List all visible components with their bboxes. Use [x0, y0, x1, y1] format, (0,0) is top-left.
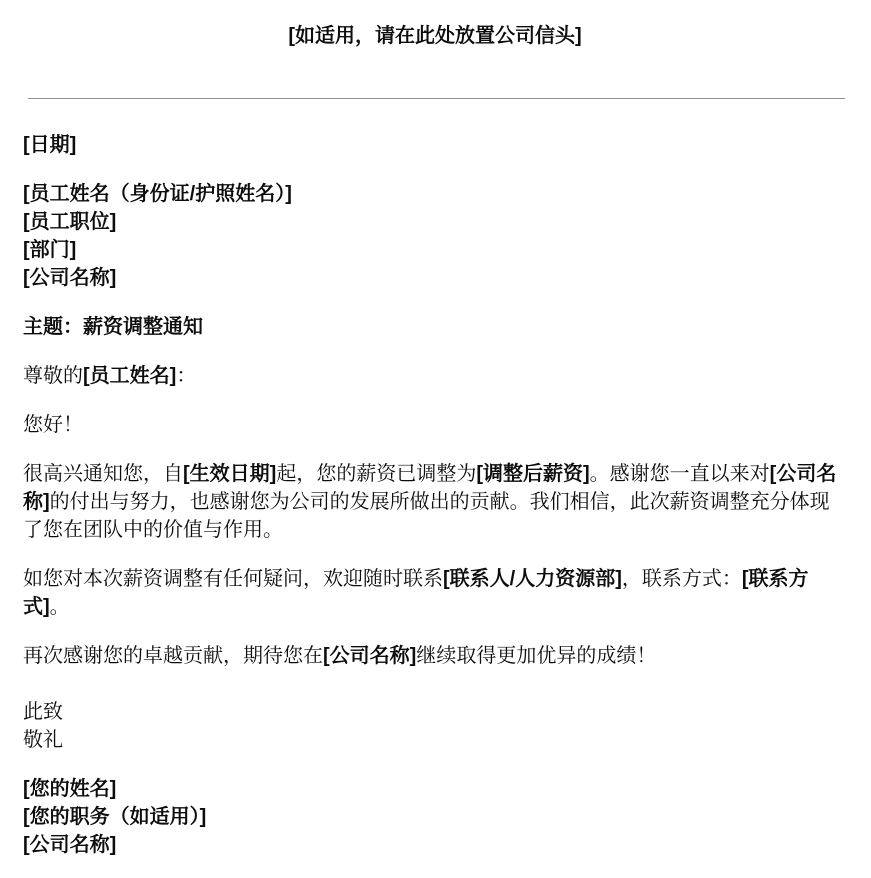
recipient-block: [员工姓名（身份证/护照姓名）][员工职位][部门][公司名称]: [23, 180, 847, 292]
placeholder-token: [生效日期]: [183, 463, 276, 485]
text-line: [员工姓名（身份证/护照姓名）]: [23, 183, 292, 205]
text-segment: ，联系方式：: [622, 568, 742, 590]
placeholder-token: [员工姓名]: [83, 365, 176, 387]
text-line: [您的姓名]: [23, 778, 116, 800]
text-segment: 起，您的薪资已调整为: [276, 463, 476, 485]
placeholder-token: [调整后薪资]: [476, 463, 589, 485]
text-line: [您的职务（如适用）]: [23, 806, 206, 828]
text-line: [公司名称]: [23, 267, 116, 289]
text-segment: 很高兴通知您，自: [23, 463, 183, 485]
text-segment: 继续取得更加优异的成绩！: [416, 645, 656, 667]
text-line: 此致: [23, 701, 63, 723]
text-segment: 的付出与努力，也感谢您为公司的发展所做出的贡献。我们相信，此次薪资调整充分体现了…: [23, 491, 830, 541]
text-segment: 如您对本次薪资调整有任何疑问，欢迎随时联系: [23, 568, 443, 590]
text-segment: 。: [50, 596, 70, 618]
body-paragraph-1: 很高兴通知您，自[生效日期]起，您的薪资已调整为[调整后薪资]。感谢您一直以来对…: [23, 460, 847, 544]
text-line: [部门]: [23, 239, 76, 261]
salutation-line: 尊敬的[员工姓名]：: [23, 362, 847, 390]
date-line: [日期]: [23, 131, 847, 159]
placeholder-token: [联系人/人力资源部]: [443, 568, 622, 590]
text-line: 敬礼: [23, 729, 63, 751]
text-line: [员工职位]: [23, 211, 116, 233]
text-segment: 尊敬的: [23, 365, 83, 387]
closing-block: 此致敬礼: [23, 698, 847, 754]
text-segment: 再次感谢您的卓越贡献，期待您在: [23, 645, 323, 667]
letter-document: [如适用，请在此处放置公司信头] [日期] [员工姓名（身份证/护照姓名）][员…: [0, 0, 871, 878]
text-segment: ：: [176, 365, 196, 387]
text-segment: 。感谢您一直以来对: [590, 463, 770, 485]
body-paragraph-3: 再次感谢您的卓越贡献，期待您在[公司名称]继续取得更加优异的成绩！: [23, 642, 847, 670]
letterhead: [如适用，请在此处放置公司信头]: [23, 22, 847, 50]
divider-rule: [28, 98, 845, 99]
text-line: [公司名称]: [23, 834, 116, 856]
subject-line: 主题：薪资调整通知: [23, 313, 847, 341]
body-paragraph-2: 如您对本次薪资调整有任何疑问，欢迎随时联系[联系人/人力资源部]，联系方式：[联…: [23, 565, 847, 621]
signature-block: [您的姓名][您的职务（如适用）][公司名称]: [23, 775, 847, 859]
greeting-line: 您好！: [23, 411, 847, 439]
placeholder-token: [公司名称]: [323, 645, 416, 667]
